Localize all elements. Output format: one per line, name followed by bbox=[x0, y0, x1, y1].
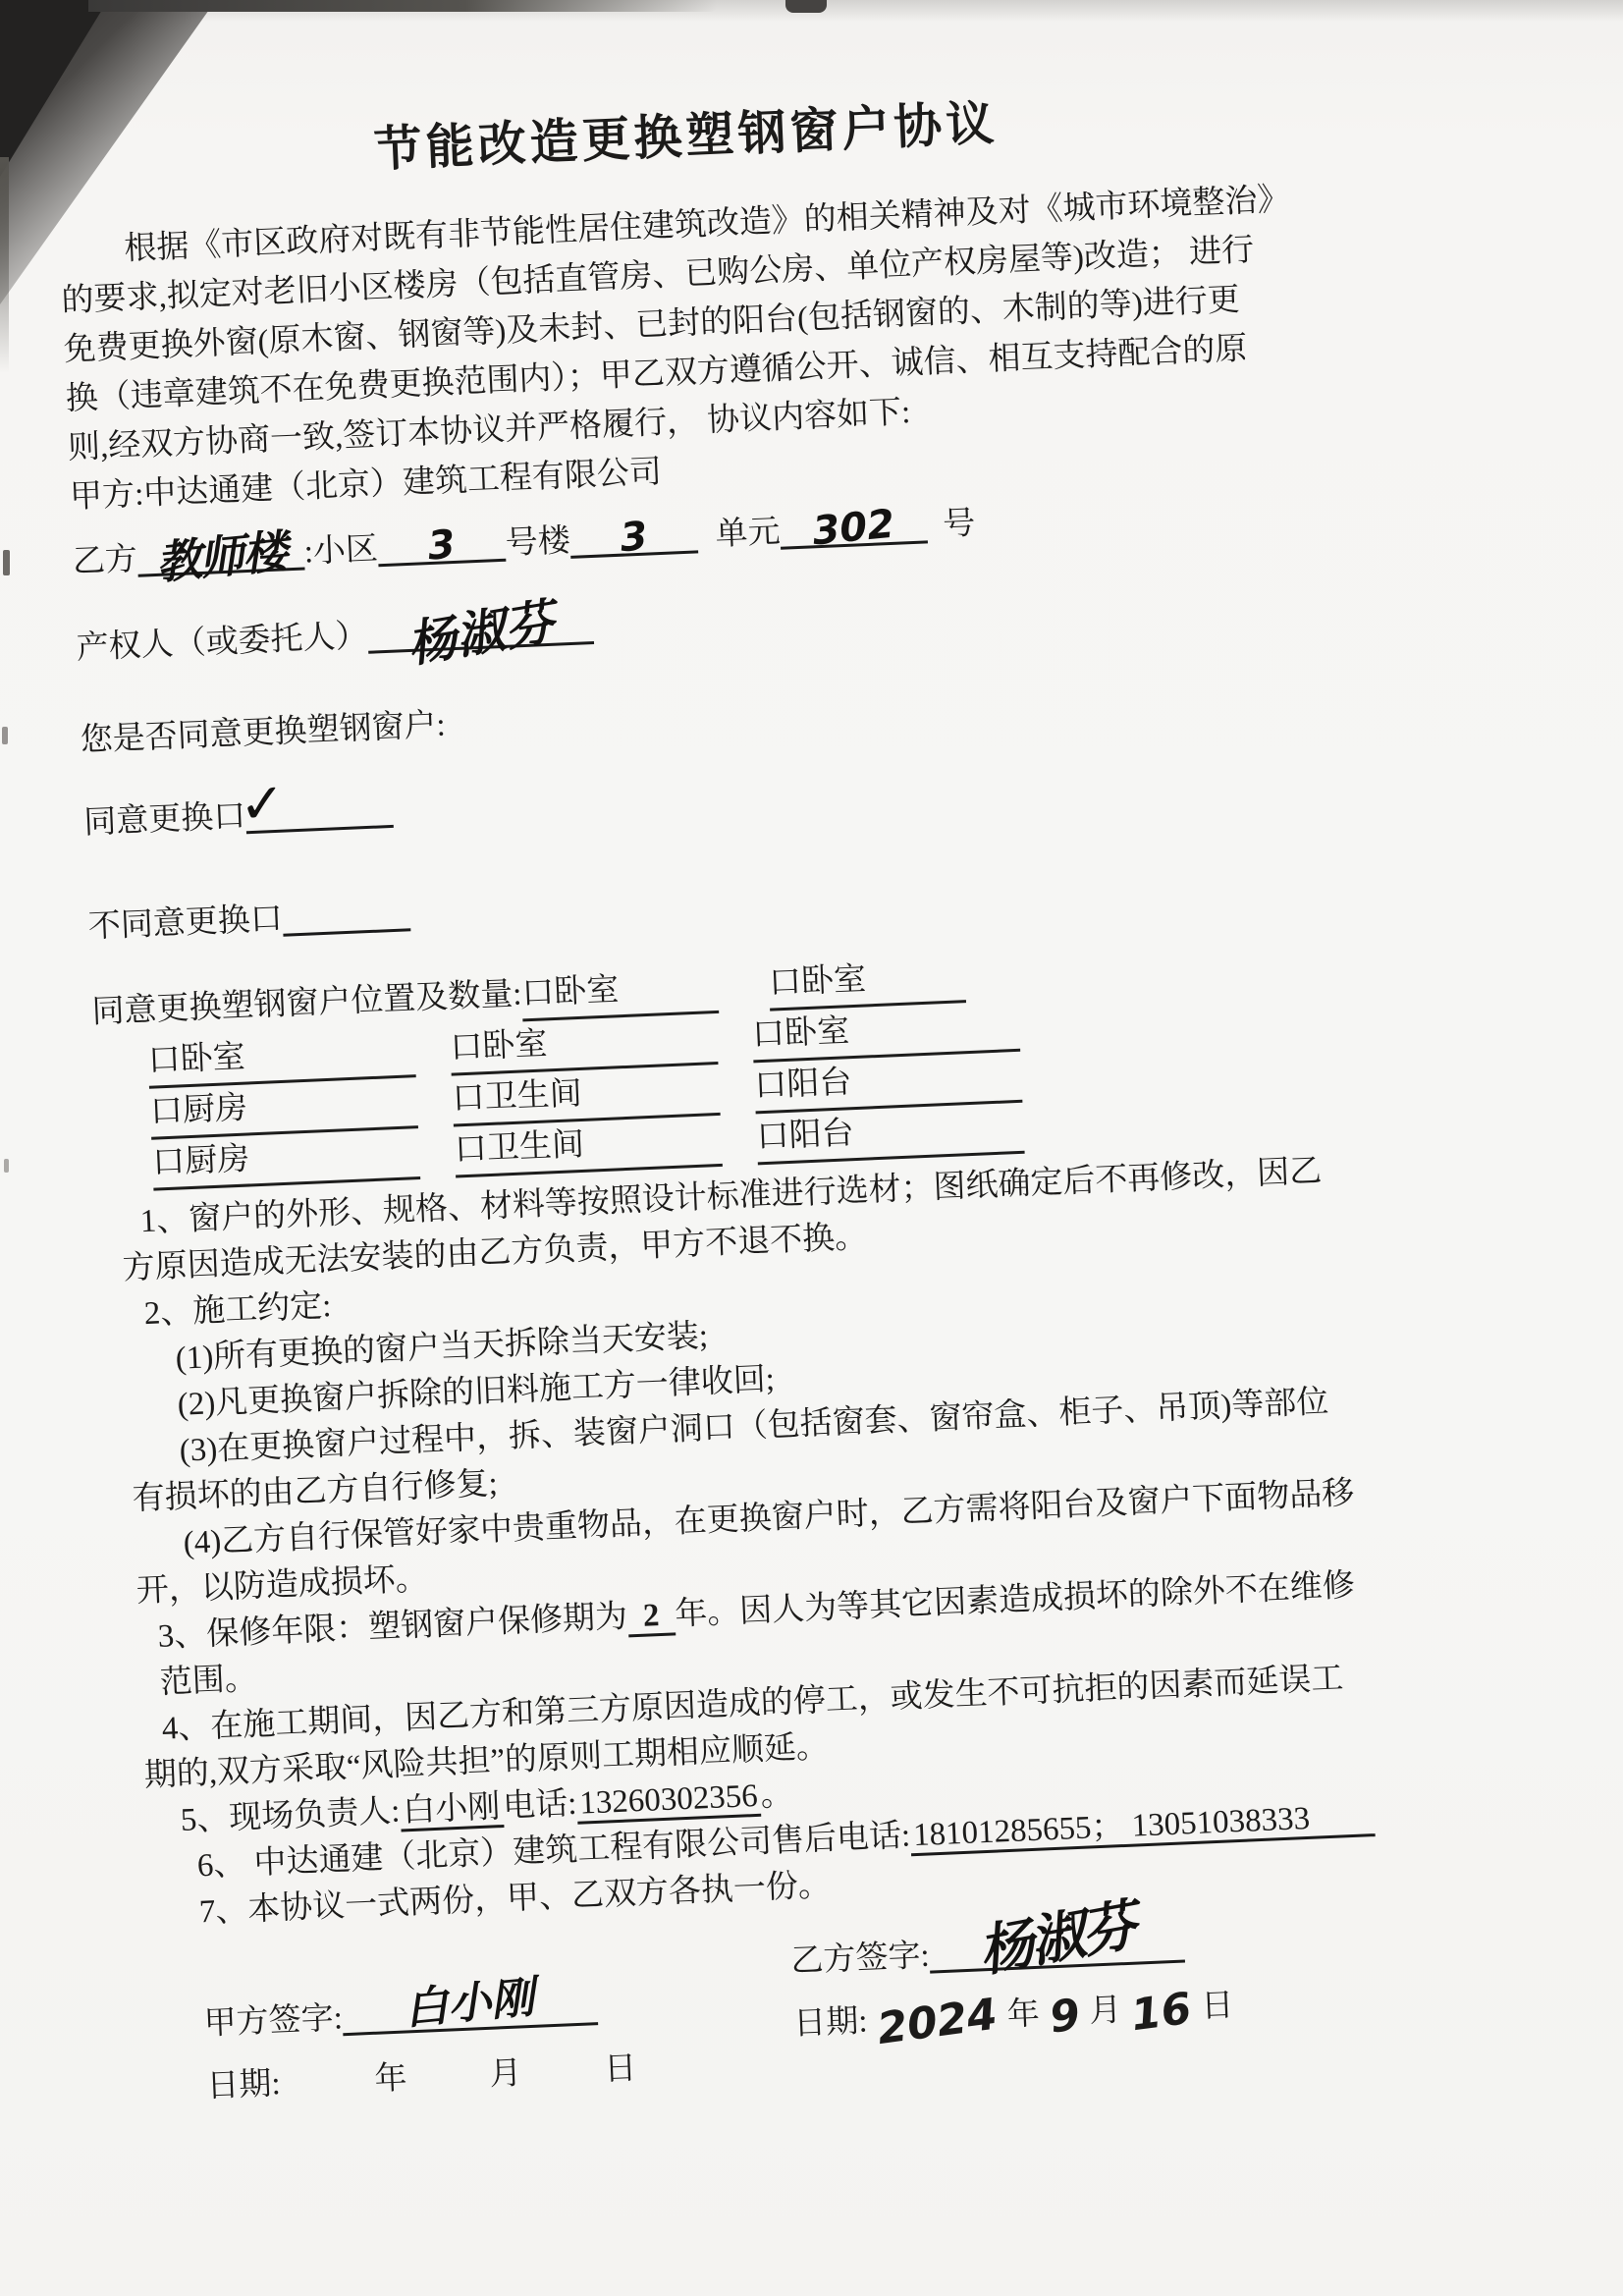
unit-label: 单元 bbox=[715, 515, 781, 553]
handwritten-month-value: 9 bbox=[1047, 1994, 1082, 2041]
site-manager-phone: 13260302356 bbox=[576, 1778, 762, 1825]
day-char: 日 bbox=[1201, 1988, 1235, 2024]
building-no-blank: 3 bbox=[569, 515, 699, 559]
scan-top-edge-mark bbox=[785, 0, 827, 13]
handwritten-checkmark: ✓ bbox=[239, 777, 287, 834]
scan-speck bbox=[4, 1159, 9, 1173]
year-char: 年 bbox=[373, 2047, 408, 2110]
checkbox-item-balcony: 口阳台 bbox=[756, 1103, 1025, 1166]
owner-signature-blank: 杨淑芬 bbox=[367, 606, 594, 654]
party-b-signature-block: 乙方签字:杨淑芬 日期:2024年9月16日 bbox=[789, 1911, 1236, 2093]
handwritten-building-no: 3 bbox=[619, 517, 650, 558]
warranty-years-value: 2 bbox=[626, 1597, 676, 1637]
disagree-option-label: 不同意更换口 bbox=[87, 902, 283, 945]
checkbox-item-kitchen: 口厨房 bbox=[151, 1128, 420, 1191]
clause-5-prefix: 5、现场负责人: bbox=[180, 1794, 401, 1839]
month-char: 月 bbox=[1089, 1993, 1123, 2029]
party-b-signature-blank: 杨淑芬 bbox=[929, 1924, 1185, 1973]
agree-blank: ✓ bbox=[244, 790, 394, 834]
building-label: 号楼 bbox=[505, 523, 570, 562]
agree-option-line: 同意更换口✓ bbox=[82, 742, 1404, 857]
party-b-estate-blank: 教师楼 bbox=[136, 532, 305, 577]
disagree-blank bbox=[282, 893, 411, 937]
clause-5-end: 。 bbox=[760, 1777, 794, 1813]
checkbox-item-bedroom: 口卧室 bbox=[768, 952, 966, 1011]
agreement-document: 节能改造更换塑钢窗户协议 根据《市区政府对既有非节能性居住建筑改造》的相关精神及… bbox=[54, 70, 1459, 2122]
party-a-signature-block: 甲方签字:白小刚 日期:年月日 bbox=[202, 1968, 796, 2119]
owner-label: 产权人（或委托人） bbox=[76, 619, 368, 667]
scan-top-edge-streak bbox=[88, 0, 717, 12]
scan-speck bbox=[3, 550, 10, 575]
site-manager-name: 白小刚 bbox=[400, 1789, 505, 1831]
community-no-blank: 3 bbox=[377, 523, 507, 568]
party-b-date-label: 日期: bbox=[793, 2003, 869, 2042]
year-char: 年 bbox=[1006, 1996, 1041, 2033]
document-title: 节能改造更换塑钢窗户协议 bbox=[54, 72, 1318, 194]
handwritten-estate-name: 教师楼 bbox=[154, 528, 288, 585]
handwritten-year-value: 2024 bbox=[875, 1994, 1000, 2052]
party-a-date-label: 日期: bbox=[206, 2066, 282, 2105]
locations-heading: 同意更换塑钢窗户位置及数量: bbox=[91, 976, 522, 1030]
agree-option-label: 同意更换口 bbox=[83, 798, 246, 841]
unit-no-blank: 302 bbox=[780, 505, 929, 549]
month-char: 月 bbox=[488, 2042, 523, 2105]
party-b-signature-label: 乙方签字: bbox=[790, 1939, 931, 1980]
scan-speck bbox=[2, 727, 8, 744]
checkbox-item-bathroom: 口卫生间 bbox=[454, 1116, 723, 1178]
party-a-signature-blank: 白小刚 bbox=[342, 1987, 598, 2036]
signature-section: 甲方签字:白小刚 日期:年月日 乙方签字:杨淑芬 日期:2024年9月16日 bbox=[134, 1940, 1458, 2121]
party-b-community-label: :小区 bbox=[303, 531, 379, 570]
no-suffix-label: 号 bbox=[943, 506, 977, 542]
handwritten-community-no: 3 bbox=[426, 524, 458, 566]
handwritten-party-a-signature: 白小刚 bbox=[404, 1976, 537, 2031]
party-a-signature-label: 甲方签字: bbox=[203, 2000, 344, 2042]
handwritten-day-value: 16 bbox=[1129, 1988, 1194, 2039]
party-b-label: 乙方 bbox=[72, 542, 137, 580]
handwritten-owner-signature: 杨淑芬 bbox=[404, 597, 557, 670]
scan-left-edge-shadow bbox=[0, 157, 9, 373]
scanned-paper-background: 节能改造更换塑钢窗户协议 根据《市区政府对既有非节能性居住建筑改造》的相关精神及… bbox=[0, 0, 1623, 2296]
checkbox-item-bedroom: 口卧室 bbox=[520, 962, 719, 1022]
day-char: 日 bbox=[603, 2037, 638, 2101]
handwritten-party-b-signature: 杨淑芬 bbox=[975, 1898, 1139, 1981]
handwritten-unit-no: 302 bbox=[811, 505, 896, 552]
clause-5-tel-label: 电话: bbox=[503, 1786, 578, 1825]
